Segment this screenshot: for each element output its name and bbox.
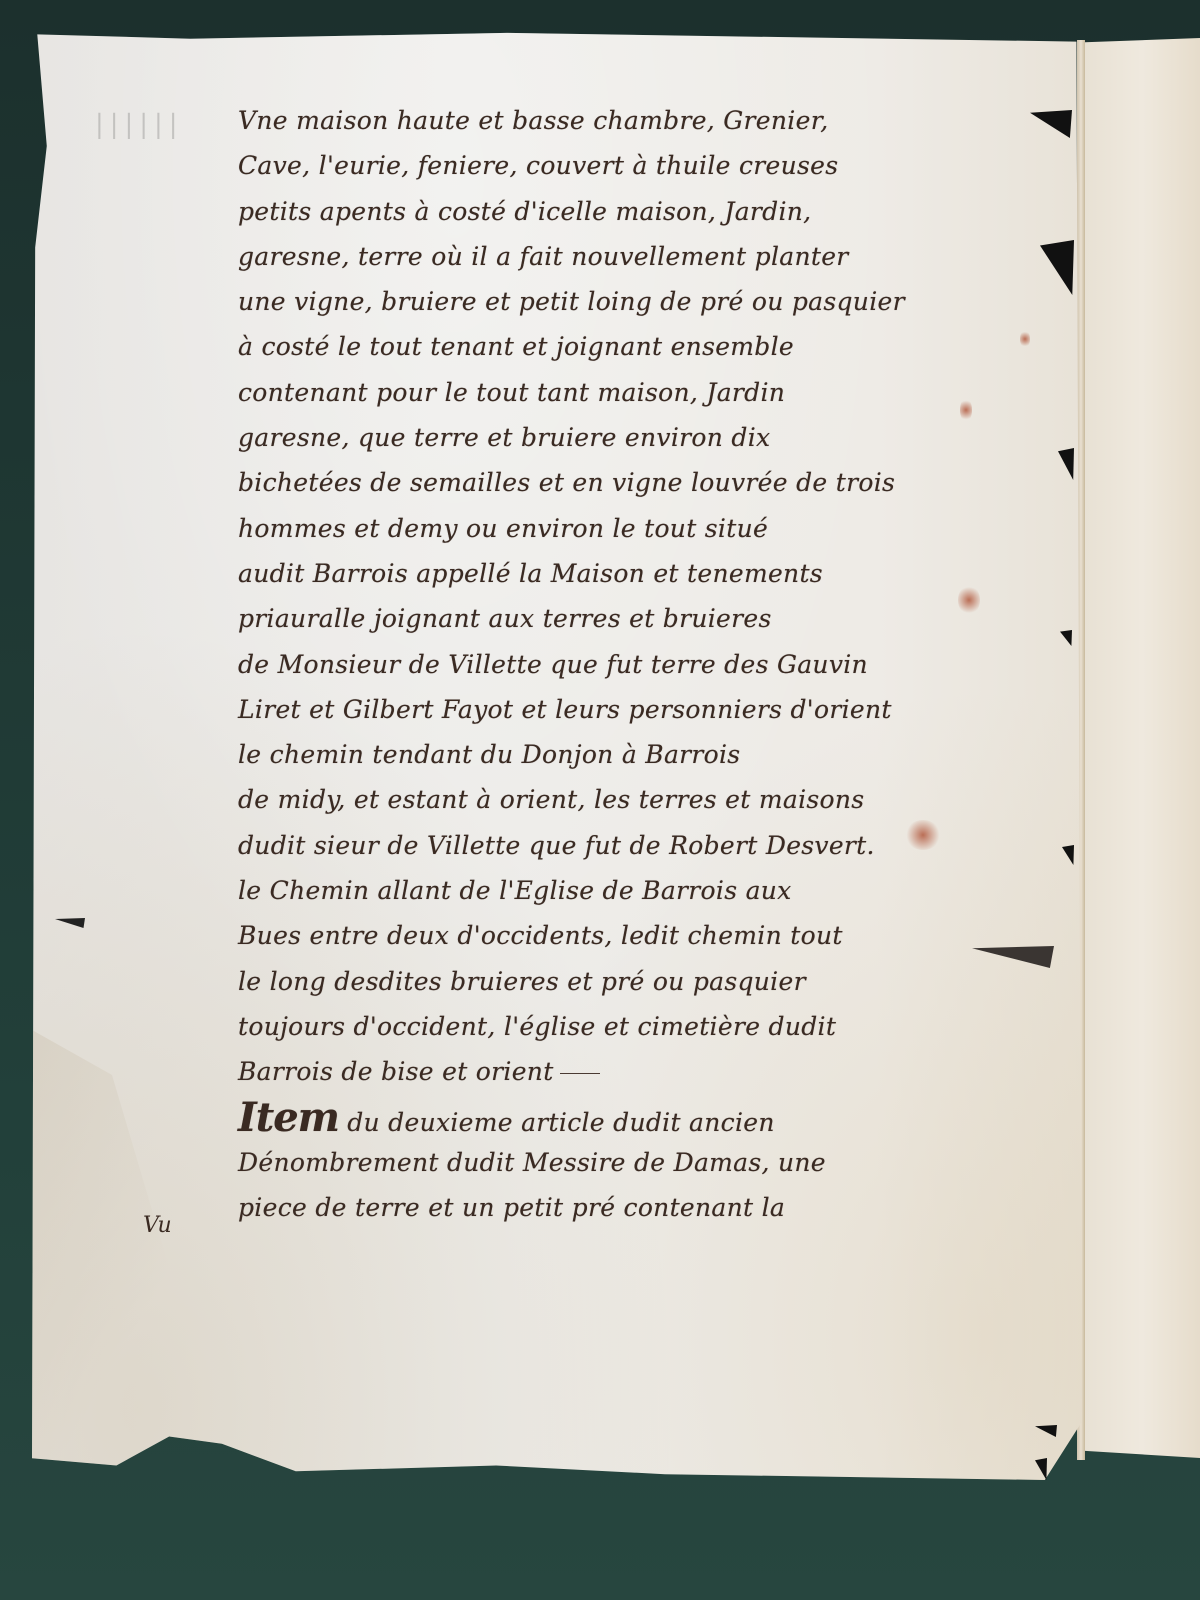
item-initial: Item (238, 1094, 339, 1141)
text-line: piece de terre et un petit pré contenant… (238, 1185, 1058, 1230)
text-line: le chemin tendant du Donjon à Barrois (238, 732, 1058, 777)
text-line: à costé le tout tenant et joignant ensem… (238, 324, 1058, 369)
margin-annotation: Vu (143, 1213, 172, 1238)
text-line: Barrois de bise et orient (238, 1049, 1058, 1094)
text-line: contenant pour le tout tant maison, Jard… (238, 370, 1058, 415)
text-line: une vigne, bruiere et petit loing de pré… (238, 279, 1058, 324)
text-line: Dénombrement dudit Messire de Damas, une (238, 1140, 1058, 1185)
text-line: Cave, l'eurie, feniere, couvert à thuile… (238, 143, 1058, 188)
text-line: Liret et Gilbert Fayot et leurs personni… (238, 687, 1058, 732)
text-line: le Chemin allant de l'Eglise de Barrois … (238, 868, 1058, 913)
text-line: le long desdites bruieres et pré ou pasq… (238, 959, 1058, 1004)
text-line: priauralle joignant aux terres et bruier… (238, 596, 1058, 641)
folded-corner-crease (32, 1030, 232, 1480)
item-line-text: du deuxieme article dudit ancien (347, 1108, 775, 1137)
text-line: audit Barrois appellé la Maison et tenem… (238, 551, 1058, 596)
text-line: hommes et demy ou environ le tout situé (238, 506, 1058, 551)
text-line: de Monsieur de Villette que fut terre de… (238, 642, 1058, 687)
text-line: toujours d'occident, l'église et cimetiè… (238, 1004, 1058, 1049)
text-line: de midy, et estant à orient, les terres … (238, 777, 1058, 822)
text-line: Bues entre deux d'occidents, ledit chemi… (238, 913, 1058, 958)
text-line: garesne, terre où il a fait nouvellement… (238, 234, 1058, 279)
text-line: bichetées de semailles et en vigne louvr… (238, 460, 1058, 505)
adjacent-page-edge (1085, 38, 1200, 1458)
bleed-through-marks: |||||| (95, 110, 184, 140)
text-line: dudit sieur de Villette que fut de Rober… (238, 823, 1058, 868)
text-line: petits apents à costé d'icelle maison, J… (238, 189, 1058, 234)
text-line: Vne maison haute et basse chambre, Greni… (238, 98, 1058, 143)
manuscript-text: Vne maison haute et basse chambre, Greni… (238, 98, 1058, 1230)
text-line: garesne, que terre et bruiere environ di… (238, 415, 1058, 460)
item-heading-line: Item du deuxieme article dudit ancien (238, 1095, 1058, 1140)
